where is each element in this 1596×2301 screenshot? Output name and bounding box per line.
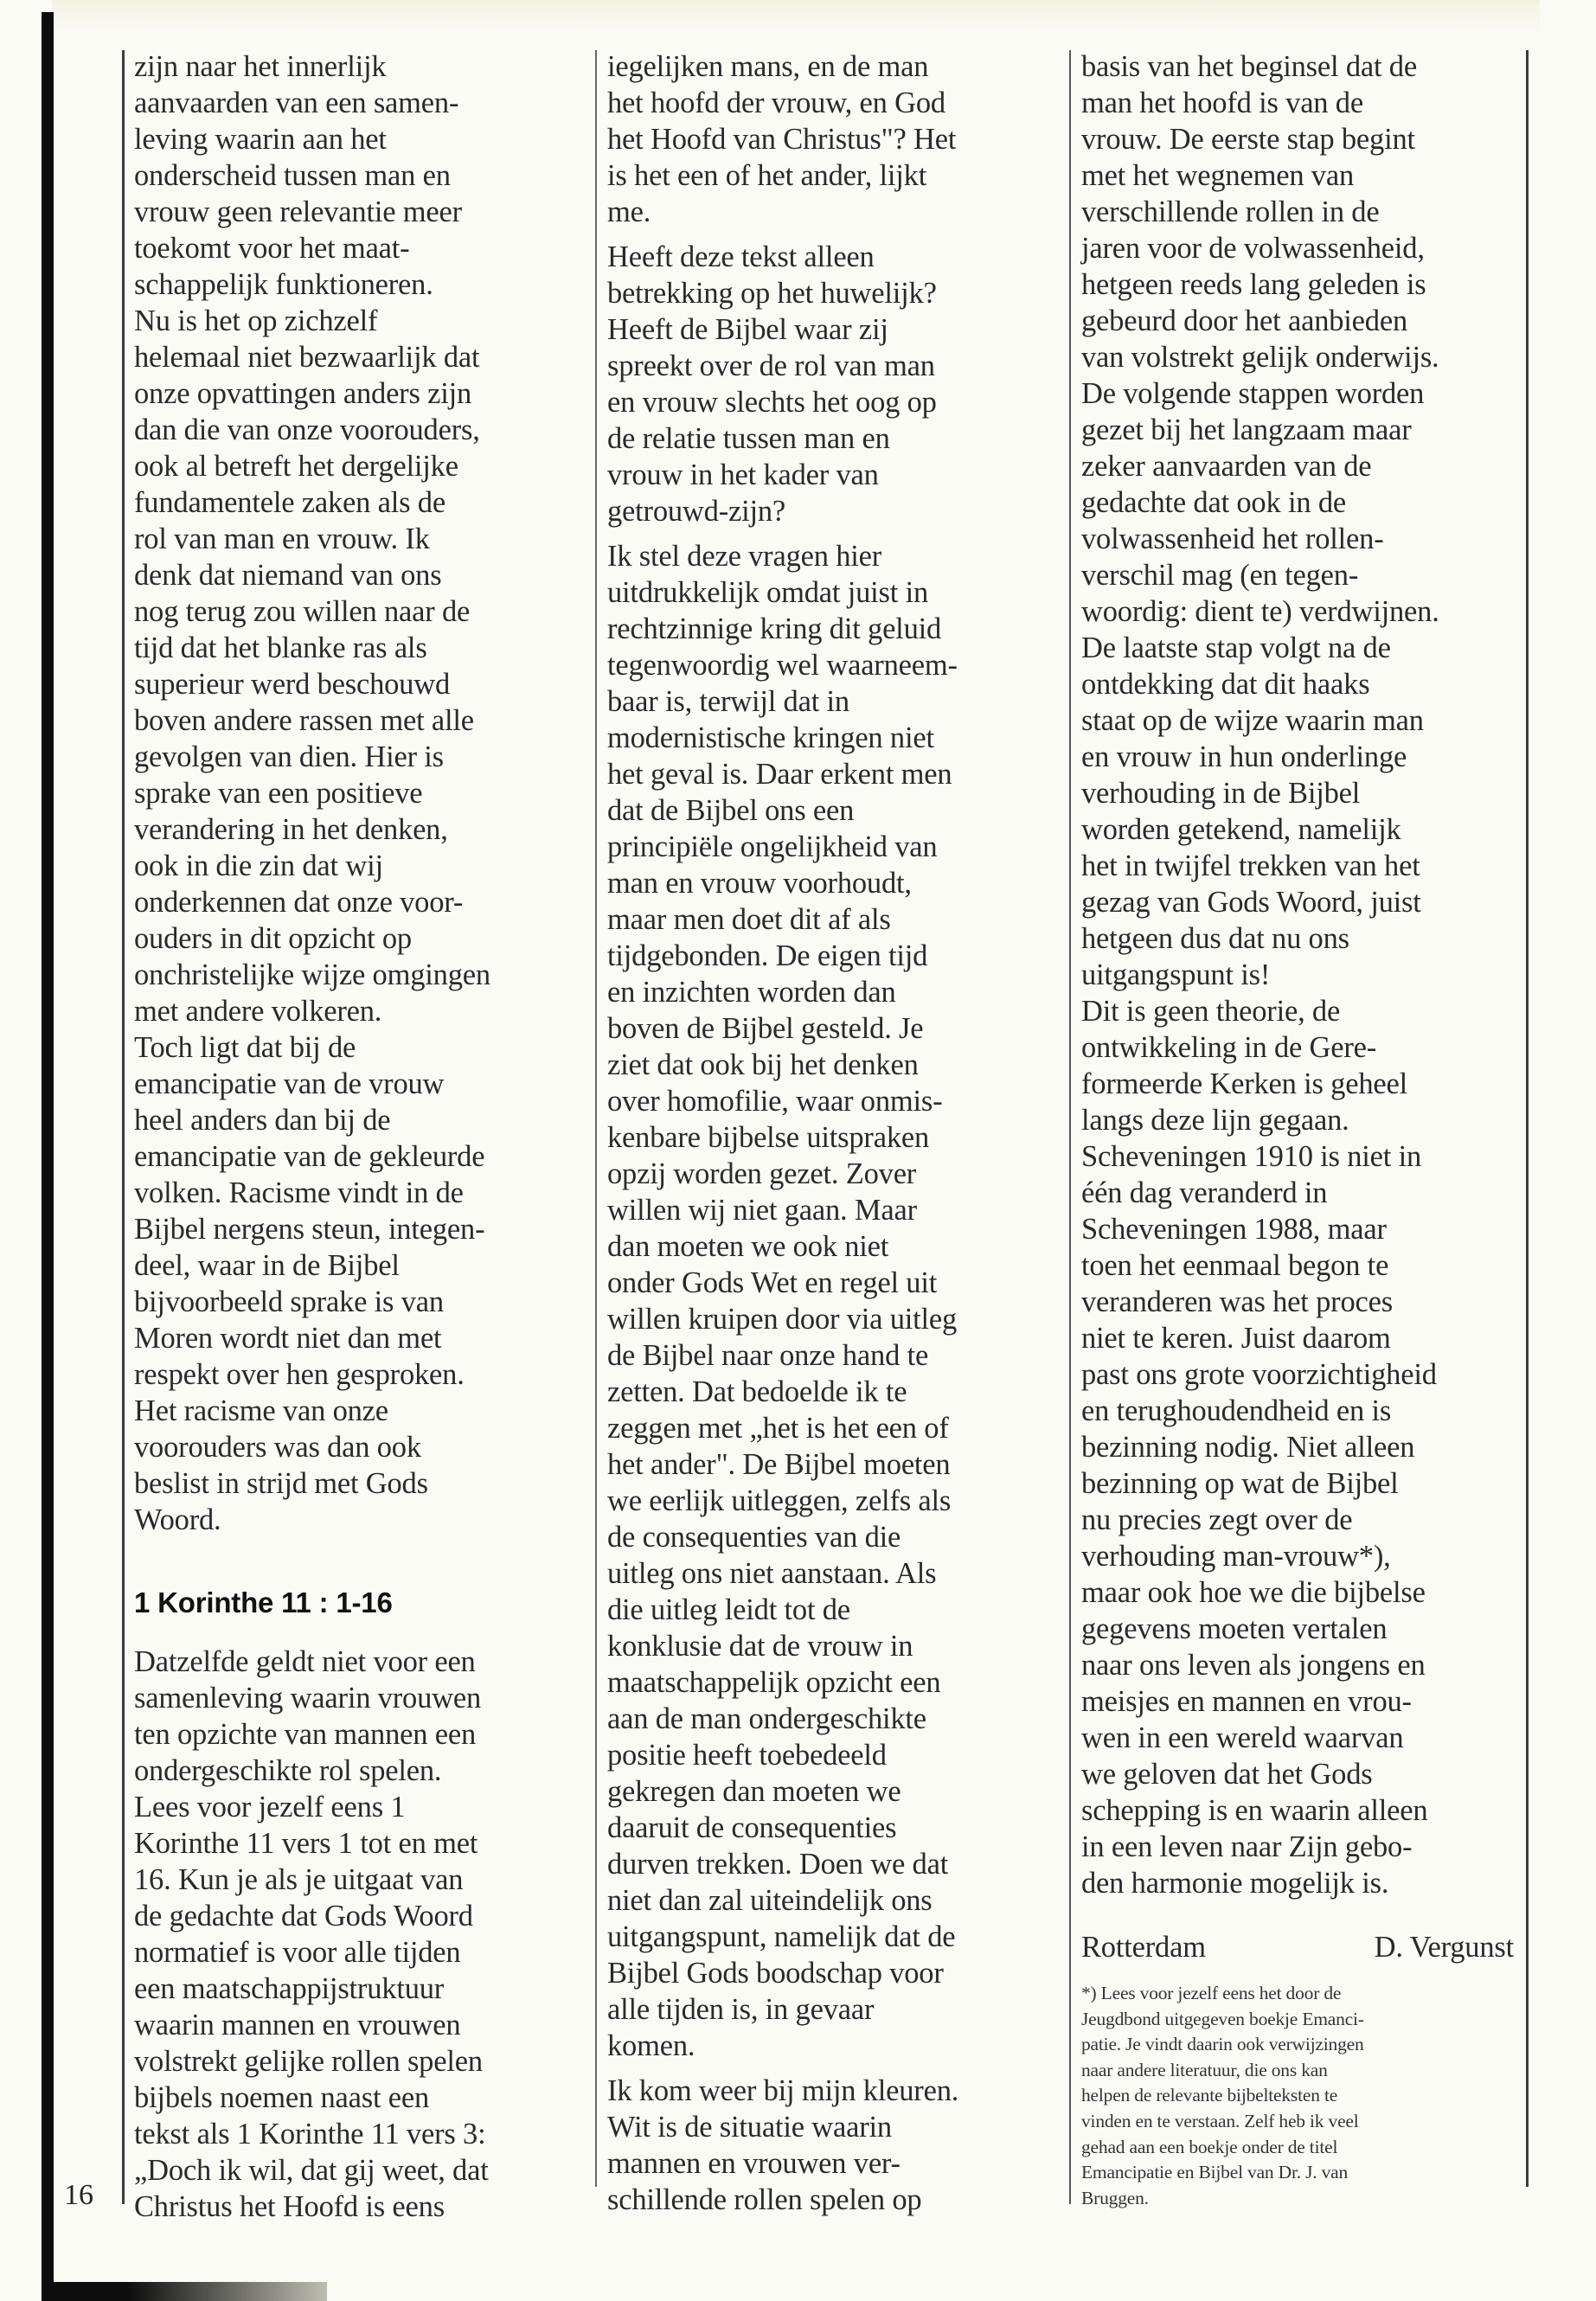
text-line: spreekt over de rol van man xyxy=(607,348,1035,384)
column-2: iegelijken mans, en de manhet hoofd der … xyxy=(607,48,1035,2218)
text-line: getrouwd-zijn? xyxy=(607,493,1035,529)
text-line: het hoofd der vrouw, en God xyxy=(607,85,1035,121)
text-line: basis van het beginsel dat de xyxy=(1081,48,1514,85)
text-line: Scheveningen 1910 is niet in xyxy=(1081,1138,1514,1175)
text-line: nog terug zou willen naar de xyxy=(134,593,558,630)
text-line: Ik kom weer bij mijn kleuren. xyxy=(607,2073,1035,2109)
text-line: Moren wordt niet dan met xyxy=(134,1320,558,1356)
text-line: gebeurd door het aanbieden xyxy=(1081,303,1514,339)
text-line: den harmonie mogelijk is. xyxy=(1081,1865,1514,1901)
text-line: worden getekend, namelijk xyxy=(1081,811,1514,848)
text-line: het Hoofd van Christus"? Het xyxy=(607,121,1035,157)
text-line: gezet bij het langzaam maar xyxy=(1081,412,1514,448)
text-line: niet dan zal uiteindelijk ons xyxy=(607,1882,1035,1919)
text-line: onze opvattingen anders zijn xyxy=(134,375,558,412)
text-line: man het hoofd is van de xyxy=(1081,85,1514,121)
text-line: volstrekt gelijke rollen spelen xyxy=(134,2043,558,2080)
text-line: uitdrukkelijk omdat juist in xyxy=(607,574,1035,611)
text-line: we eerlijk uitleggen, zelfs als xyxy=(607,1483,1035,1519)
text-line: Het racisme van onze xyxy=(134,1393,558,1429)
text-line: in een leven naar Zijn gebo- xyxy=(1081,1829,1514,1865)
text-line: woordig: dient te) verdwijnen. xyxy=(1081,593,1514,630)
footnote: *) Lees voor jezelf eens het door deJeug… xyxy=(1081,1981,1514,2211)
text-line: tegenwoordig wel waarneem- xyxy=(607,647,1035,683)
text-line: emancipatie van de vrouw xyxy=(134,1066,558,1102)
text-line: de relatie tussen man en xyxy=(607,420,1035,457)
text-line: gegevens moeten vertalen xyxy=(1081,1611,1514,1647)
text-line: de gedachte dat Gods Woord xyxy=(134,1898,558,1934)
text-line: Nu is het op zichzelf xyxy=(134,303,558,339)
paragraph: Heeft deze tekst alleenbetrekking op het… xyxy=(607,239,1035,529)
text-line: tijd dat het blanke ras als xyxy=(134,630,558,666)
text-line: hetgeen dus dat nu ons xyxy=(1081,920,1514,957)
text-line: verhouding man-vrouw*), xyxy=(1081,1538,1514,1574)
text-line: toen het eenmaal begon te xyxy=(1081,1247,1514,1284)
text-line: naar andere literatuur, die ons kan xyxy=(1081,2058,1514,2084)
column-rule-left xyxy=(122,50,125,2204)
text-line: bezinning op wat de Bijbel xyxy=(1081,1465,1514,1502)
text-line: Scheveningen 1988, maar xyxy=(1081,1211,1514,1247)
text-line: gehad aan een boekje onder de titel xyxy=(1081,2135,1514,2161)
text-line: onderkennen dat onze voor- xyxy=(134,884,558,920)
text-line: over homofilie, waar onmis- xyxy=(607,1083,1035,1119)
section-heading: 1 Korinthe 11 : 1-16 xyxy=(134,1585,558,1621)
text-line: Heeft deze tekst alleen xyxy=(607,239,1035,275)
text-line: nu precies zegt over de xyxy=(1081,1502,1514,1538)
text-line: aanvaarden van een samen- xyxy=(134,85,558,121)
text-line: maatschappelijk opzicht een xyxy=(607,1664,1035,1701)
text-line: volken. Racisme vindt in de xyxy=(134,1175,558,1211)
text-line: schepping is en waarin alleen xyxy=(1081,1792,1514,1829)
text-line: een maatschappijstruktuur xyxy=(134,1971,558,2007)
text-line: bijbels noemen naast een xyxy=(134,2080,558,2116)
text-line: dan die van onze voorouders, xyxy=(134,412,558,448)
text-line: helemaal niet bezwaarlijk dat xyxy=(134,339,558,375)
text-line: ontdekking dat dit haaks xyxy=(1081,666,1514,702)
text-line: onderscheid tussen man en xyxy=(134,157,558,194)
text-line: boven de Bijbel gesteld. Je xyxy=(607,1010,1035,1047)
paragraph: zijn naar het innerlijkaanvaarden van ee… xyxy=(134,48,558,1538)
text-line: Wit is de situatie waarin xyxy=(607,2109,1035,2145)
text-line: me. xyxy=(607,194,1035,230)
text-line: veranderen was het proces xyxy=(1081,1284,1514,1320)
text-line: Dit is geen theorie, de xyxy=(1081,993,1514,1029)
text-line: Emancipatie en Bijbel van Dr. J. van xyxy=(1081,2160,1514,2186)
text-line: hetgeen reeds lang geleden is xyxy=(1081,266,1514,303)
text-line: Bijbel nergens steun, integen- xyxy=(134,1211,558,1247)
text-line: het in twijfel trekken van het xyxy=(1081,848,1514,884)
text-line: die uitleg leidt tot de xyxy=(607,1592,1035,1628)
text-line: opzij worden gezet. Zover xyxy=(607,1156,1035,1192)
text-line: vrouw. De eerste stap begint xyxy=(1081,121,1514,157)
text-line: aan de man ondergeschikte xyxy=(607,1701,1035,1737)
text-line: Bijbel Gods boodschap voor xyxy=(607,1955,1035,1991)
text-line: Ik stel deze vragen hier xyxy=(607,538,1035,574)
text-line: betrekking op het huwelijk? xyxy=(607,275,1035,311)
text-line: waarin mannen en vrouwen xyxy=(134,2007,558,2043)
text-line: uitgangspunt, namelijk dat de xyxy=(607,1919,1035,1955)
text-line: de Bijbel naar onze hand te xyxy=(607,1337,1035,1374)
text-line: gevolgen van dien. Hier is xyxy=(134,739,558,775)
text-line: zetten. Dat bedoelde ik te xyxy=(607,1374,1035,1410)
text-line: tekst als 1 Korinthe 11 vers 3: xyxy=(134,2116,558,2152)
text-line: heel anders dan bij de xyxy=(134,1102,558,1138)
text-line: ten opzichte van mannen een xyxy=(134,1716,558,1753)
text-line: met andere volkeren. xyxy=(134,993,558,1029)
bottom-edge xyxy=(42,2282,327,2301)
text-line: jaren voor de volwassenheid, xyxy=(1081,230,1514,266)
text-line: De volgende stappen worden xyxy=(1081,375,1514,412)
text-line: zijn naar het innerlijk xyxy=(134,48,558,85)
text-line: schillende rollen spelen op xyxy=(607,2182,1035,2218)
text-line: onchristelijke wijze omgingen xyxy=(134,957,558,993)
binding-edge xyxy=(42,12,54,2301)
text-line: komen. xyxy=(607,2028,1035,2064)
text-line: vrouw in het kader van xyxy=(607,457,1035,493)
text-line: maar ook hoe we die bijbelse xyxy=(1081,1574,1514,1611)
text-line: formeerde Kerken is geheel xyxy=(1081,1066,1514,1102)
text-line: normatief is voor alle tijden xyxy=(134,1934,558,1971)
text-line: emancipatie van de gekleurde xyxy=(134,1138,558,1175)
text-line: vinden en te verstaan. Zelf heb ik veel xyxy=(1081,2109,1514,2135)
text-line: maar men doet dit af als xyxy=(607,901,1035,938)
text-line: onder Gods Wet en regel uit xyxy=(607,1265,1035,1301)
text-line: één dag veranderd in xyxy=(1081,1175,1514,1211)
text-line: samenleving waarin vrouwen xyxy=(134,1680,558,1716)
text-line: boven andere rassen met alle xyxy=(134,702,558,739)
text-line: zeggen met „het is het een of xyxy=(607,1410,1035,1446)
text-line: gekregen dan moeten we xyxy=(607,1773,1035,1810)
text-line: uitleg ons niet aanstaan. Als xyxy=(607,1555,1035,1592)
text-line: kenbare bijbelse uitspraken xyxy=(607,1119,1035,1156)
text-line: alle tijden is, in gevaar xyxy=(607,1991,1035,2028)
text-line: Bruggen. xyxy=(1081,2186,1514,2212)
text-line: rechtzinnige kring dit geluid xyxy=(607,611,1035,647)
text-line: leving waarin aan het xyxy=(134,121,558,157)
paragraph: iegelijken mans, en de manhet hoofd der … xyxy=(607,48,1035,230)
text-line: zeker aanvaarden van de xyxy=(1081,448,1514,484)
text-line: beslist in strijd met Gods xyxy=(134,1465,558,1502)
text-line: uitgangspunt is! xyxy=(1081,957,1514,993)
text-line: fundamentele zaken als de xyxy=(134,484,558,521)
text-line: tijdgebonden. De eigen tijd xyxy=(607,938,1035,974)
text-line: *) Lees voor jezelf eens het door de xyxy=(1081,1981,1514,2007)
text-line: gedachte dat ook in de xyxy=(1081,484,1514,521)
text-line: verhouding in de Bijbel xyxy=(1081,775,1514,811)
signature-author: D. Vergunst xyxy=(1375,1929,1514,1965)
text-line: „Doch ik wil, dat gij weet, dat xyxy=(134,2152,558,2189)
text-line: dat de Bijbel ons een xyxy=(607,792,1035,829)
text-line: Jeugdbond uitgegeven boekje Emanci- xyxy=(1081,2007,1514,2033)
text-line: niet te keren. Juist daarom xyxy=(1081,1320,1514,1356)
text-line: man en vrouw voorhoudt, xyxy=(607,865,1035,901)
text-line: het ander". De Bijbel moeten xyxy=(607,1446,1035,1483)
text-line: wen in een wereld waarvan xyxy=(1081,1720,1514,1756)
text-line: we geloven dat het Gods xyxy=(1081,1756,1514,1792)
text-line: superieur werd beschouwd xyxy=(134,666,558,702)
text-line: meisjes en mannen en vrou- xyxy=(1081,1683,1514,1720)
text-line: Toch ligt dat bij de xyxy=(134,1029,558,1066)
text-line: Datzelfde geldt niet voor een xyxy=(134,1644,558,1680)
text-line: de consequenties van die xyxy=(607,1519,1035,1555)
paragraph: basis van het beginsel dat deman het hoo… xyxy=(1081,48,1514,1901)
signature-place: Rotterdam xyxy=(1081,1929,1206,1965)
text-line: konklusie dat de vrouw in xyxy=(607,1628,1035,1664)
text-line: daaruit de consequenties xyxy=(607,1810,1035,1846)
text-line: denk dat niemand van ons xyxy=(134,557,558,593)
text-line: langs deze lijn gegaan. xyxy=(1081,1102,1514,1138)
column-3: basis van het beginsel dat deman het hoo… xyxy=(1081,48,1514,2211)
signature: Rotterdam D. Vergunst xyxy=(1081,1929,1514,1965)
text-line: Woord. xyxy=(134,1502,558,1538)
text-line: De laatste stap volgt na de xyxy=(1081,630,1514,666)
text-line: volwassenheid het rollen- xyxy=(1081,521,1514,557)
text-line: verschil mag (en tegen- xyxy=(1081,557,1514,593)
text-line: en terughoudendheid en is xyxy=(1081,1393,1514,1429)
text-line: met het wegnemen van xyxy=(1081,157,1514,194)
column-1: zijn naar het innerlijkaanvaarden van ee… xyxy=(134,48,558,2225)
text-line: staat op de wijze waarin man xyxy=(1081,702,1514,739)
text-line: willen wij niet gaan. Maar xyxy=(607,1192,1035,1228)
text-line: past ons grote voorzichtigheid xyxy=(1081,1356,1514,1393)
text-line: baar is, terwijl dat in xyxy=(607,683,1035,720)
text-line: ziet dat ook bij het denken xyxy=(607,1047,1035,1083)
text-line: respekt over hen gesproken. xyxy=(134,1356,558,1393)
paragraph: Datzelfde geldt niet voor eensamenleving… xyxy=(134,1644,558,2225)
text-line: gezag van Gods Woord, juist xyxy=(1081,884,1514,920)
text-line: naar ons leven als jongens en xyxy=(1081,1647,1514,1683)
text-line: bijvoorbeeld sprake is van xyxy=(134,1284,558,1320)
text-line: iegelijken mans, en de man xyxy=(607,48,1035,85)
text-line: vrouw geen relevantie meer xyxy=(134,194,558,230)
text-line: bezinning nodig. Niet alleen xyxy=(1081,1429,1514,1465)
text-line: helpen de relevante bijbelteksten te xyxy=(1081,2083,1514,2109)
page-number: 16 xyxy=(64,2177,93,2214)
text-line: deel, waar in de Bijbel xyxy=(134,1247,558,1284)
paragraph: Ik kom weer bij mijn kleuren.Wit is de s… xyxy=(607,2073,1035,2218)
text-line: verandering in het denken, xyxy=(134,811,558,848)
paragraph: Ik stel deze vragen hieruitdrukkelijk om… xyxy=(607,538,1035,2064)
column-rule-right xyxy=(1526,50,1529,2187)
text-line: willen kruipen door via uitleg xyxy=(607,1301,1035,1337)
text-line: schappelijk funktioneren. xyxy=(134,266,558,303)
text-line: Heeft de Bijbel waar zij xyxy=(607,311,1035,348)
text-line: van volstrekt gelijk onderwijs. xyxy=(1081,339,1514,375)
page-top-shadow xyxy=(52,0,1540,35)
text-line: Korinthe 11 vers 1 tot en met xyxy=(134,1825,558,1862)
text-line: toekomt voor het maat- xyxy=(134,230,558,266)
text-line: ouders in dit opzicht op xyxy=(134,920,558,957)
text-line: ook al betreft het dergelijke xyxy=(134,448,558,484)
column-rule-2-3 xyxy=(1069,50,1071,2204)
text-line: sprake van een positieve xyxy=(134,775,558,811)
text-line: en vrouw in hun onderlinge xyxy=(1081,739,1514,775)
text-line: 16. Kun je als je uitgaat van xyxy=(134,1862,558,1898)
text-line: durven trekken. Doen we dat xyxy=(607,1846,1035,1882)
text-line: en vrouw slechts het oog op xyxy=(607,384,1035,420)
text-line: het geval is. Daar erkent men xyxy=(607,756,1035,792)
text-line: verschillende rollen in de xyxy=(1081,194,1514,230)
text-line: rol van man en vrouw. Ik xyxy=(134,521,558,557)
text-line: ontwikkeling in de Gere- xyxy=(1081,1029,1514,1066)
text-line: modernistische kringen niet xyxy=(607,720,1035,756)
text-line: Lees voor jezelf eens 1 xyxy=(134,1789,558,1825)
text-line: ondergeschikte rol spelen. xyxy=(134,1753,558,1789)
text-line: principiële ongelijkheid van xyxy=(607,829,1035,865)
text-line: is het een of het ander, lijkt xyxy=(607,157,1035,194)
text-line: en inzichten worden dan xyxy=(607,974,1035,1010)
column-rule-1-2 xyxy=(595,50,597,2187)
text-line: dan moeten we ook niet xyxy=(607,1228,1035,1265)
text-line: positie heeft toebedeeld xyxy=(607,1737,1035,1773)
text-line: patie. Je vindt daarin ook verwijzingen xyxy=(1081,2032,1514,2058)
text-line: mannen en vrouwen ver- xyxy=(607,2145,1035,2182)
text-line: Christus het Hoofd is eens xyxy=(134,2189,558,2225)
text-line: ook in die zin dat wij xyxy=(134,848,558,884)
text-line: voorouders was dan ook xyxy=(134,1429,558,1465)
